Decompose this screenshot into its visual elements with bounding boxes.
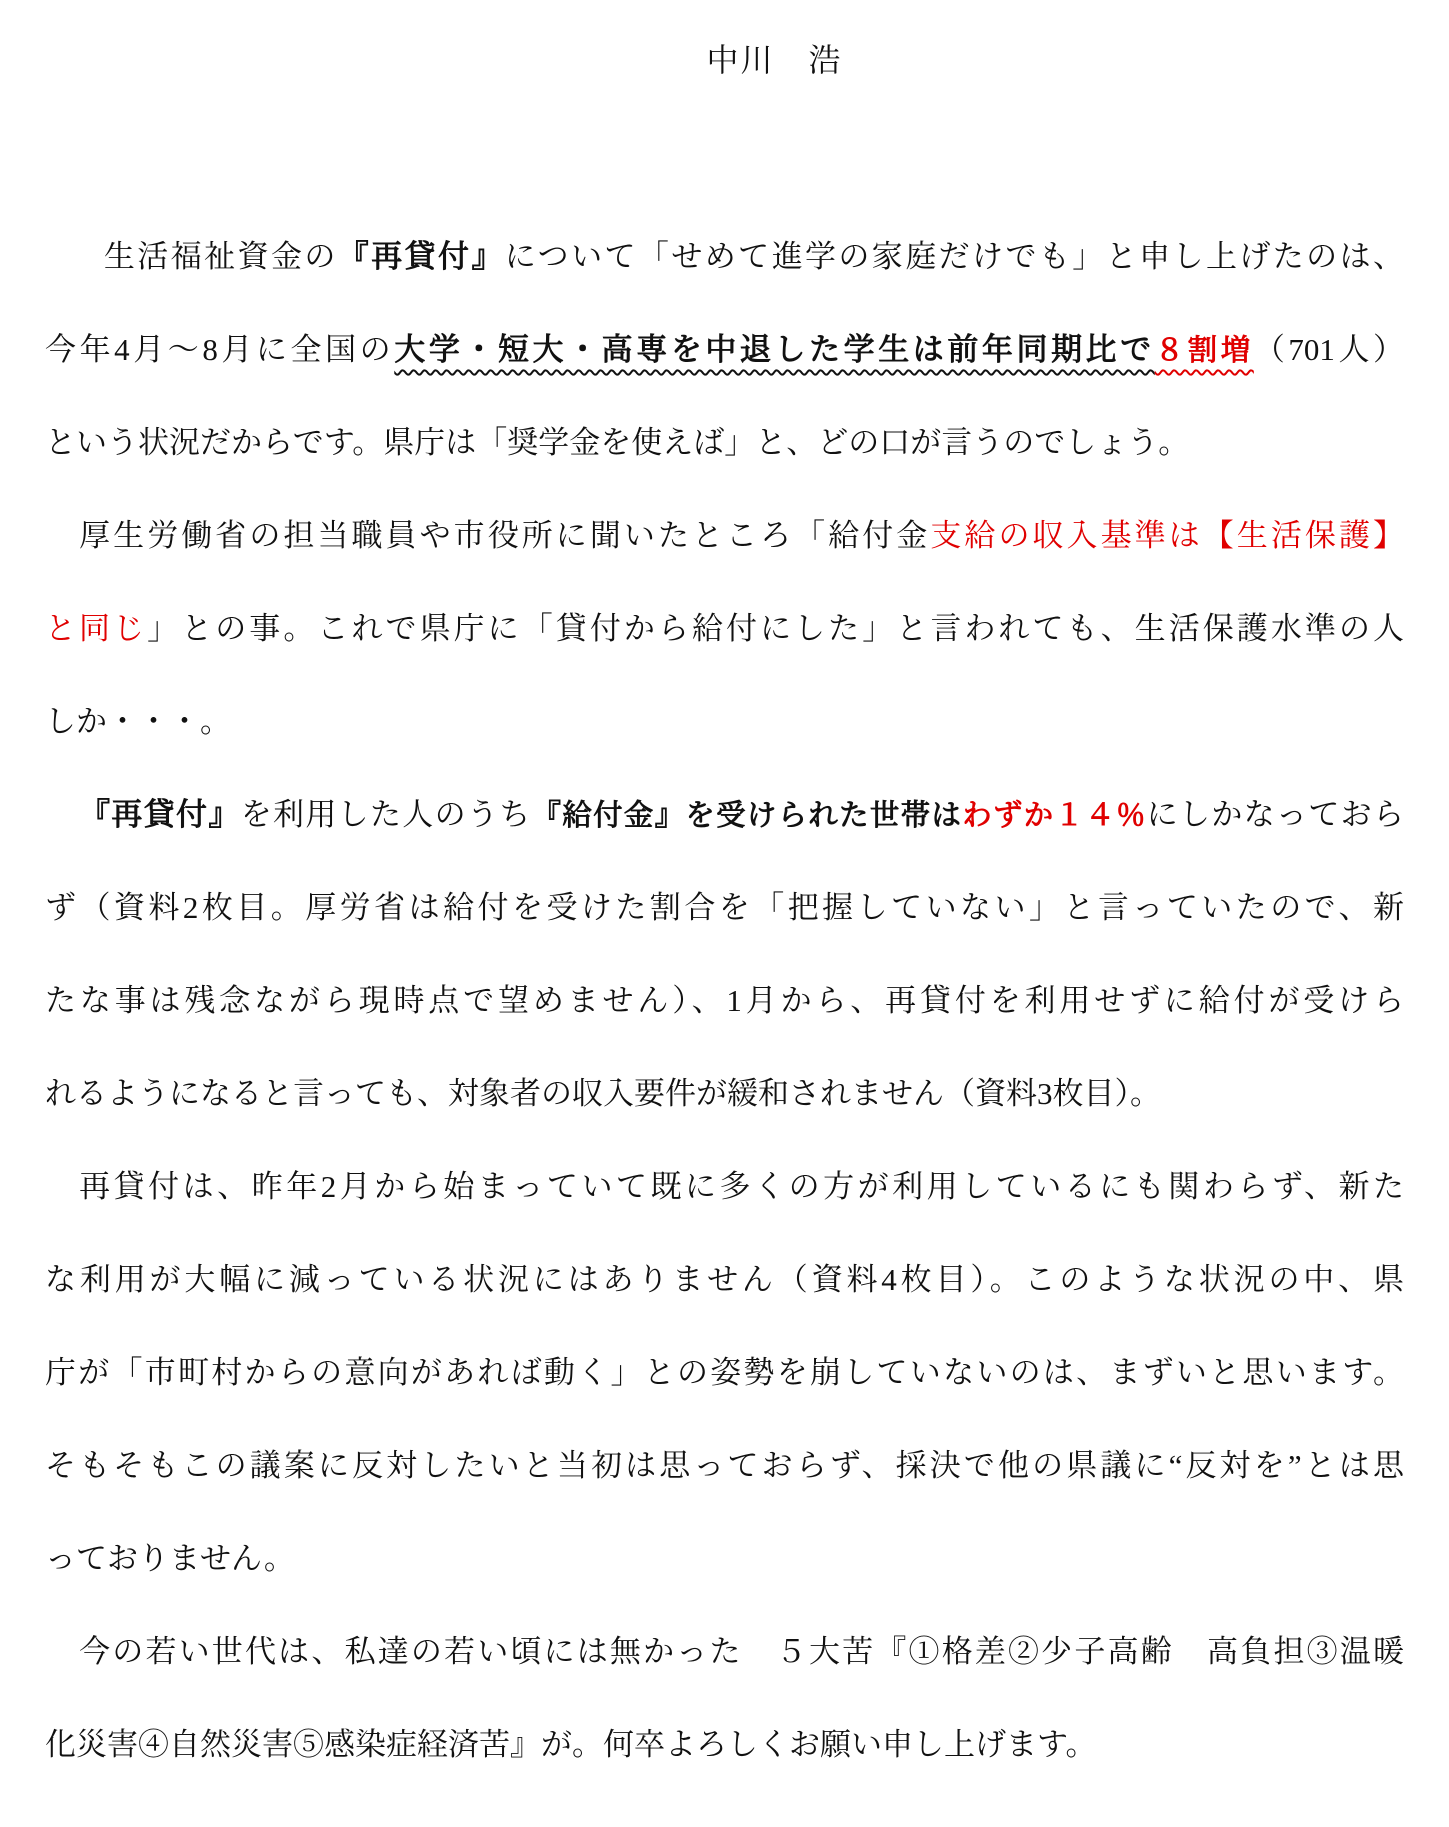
text-line: 『再貸付』を利用した人のうち『給付金』を受けられた世帯はわずか１４％にしかなって… bbox=[45, 768, 1404, 861]
text-run: れるようになると言っても、対象者の収入要件が緩和されません（資料3枚目）。 bbox=[45, 1076, 1161, 1111]
text-line: 今の若い世代は、私達の若い頃には無かった ５大苦『①格差②少子高齢 高負担③温暖 bbox=[45, 1605, 1404, 1698]
text-line: たな事は残念ながら現時点で望めません）、1月から、再貸付を利用せずに給付が受けら bbox=[45, 954, 1404, 1047]
text-run: っておりません。 bbox=[45, 1541, 295, 1576]
text-run: ず（資料2枚目。厚労省は給付を受けた割合を「把握していない」と言っていたので、新 bbox=[45, 890, 1404, 925]
text-run: （701人） bbox=[1254, 332, 1404, 367]
text-run: たな事は残念ながら現時点で望めません）、1月から、再貸付を利用せずに給付が受けら bbox=[45, 983, 1404, 1018]
text-run: な利用が大幅に減っている状況にはありません（資料4枚目）。このような状況の中、県 bbox=[45, 1262, 1404, 1297]
text-line: 化災害④自然災害⑤感染症経済苦』が。何卒よろしくお願い申し上げます。 bbox=[45, 1698, 1404, 1791]
text-run: 厚生労働省の担当職員や市役所に聞いたところ「給付金 bbox=[79, 518, 930, 553]
text-line: っておりません。 bbox=[45, 1512, 1404, 1605]
text-run: 今年4月～8月に全国の bbox=[45, 332, 394, 367]
text-line: と同じ」との事。これで県庁に「貸付から給付にした」と言われても、生活保護水準の人 bbox=[45, 582, 1404, 675]
red-gothic-bold-run: わずか１４％ bbox=[962, 799, 1147, 832]
text-line: 庁が「市町村からの意向があれば動く」との姿勢を崩していないのは、まずいと思います… bbox=[45, 1326, 1404, 1419]
gothic-bold-run: 『給付金』を受けられた世帯は bbox=[532, 799, 963, 832]
text-run: 生活福祉資金の bbox=[104, 239, 338, 274]
text-run: について「せめて進学の家庭だけでも」と申し上げたのは、 bbox=[505, 239, 1404, 274]
text-line: 再貸付は、昨年2月から始まっていて既に多くの方が利用しているにも関わらず、新た bbox=[45, 1140, 1404, 1233]
text-line: 厚生労働省の担当職員や市役所に聞いたところ「給付金支給の収入基準は【生活保護】 bbox=[45, 489, 1404, 582]
document-body: 生活福祉資金の『再貸付』について「せめて進学の家庭だけでも」と申し上げたのは、今… bbox=[45, 210, 1404, 1791]
text-line: れるようになると言っても、対象者の収入要件が緩和されません（資料3枚目）。 bbox=[45, 1047, 1404, 1140]
wavy-underline-bold-run: 大学・短大・高専を中退した学生は前年同期比で bbox=[394, 332, 1155, 367]
text-run: しか・・・。 bbox=[45, 704, 231, 739]
text-run: 化災害④自然災害⑤感染症経済苦』が。何卒よろしくお願い申し上げます。 bbox=[45, 1727, 1097, 1762]
text-run: という状況だからです。県庁は「奨学金を使えば」と、どの口が言うのでしょう。 bbox=[45, 425, 1189, 460]
text-run: そもそもこの議案に反対したいと当初は思っておらず、採決で他の県議に“反対を”とは… bbox=[45, 1448, 1404, 1483]
text-line: という状況だからです。県庁は「奨学金を使えば」と、どの口が言うのでしょう。 bbox=[45, 396, 1404, 489]
text-line: 今年4月～8月に全国の大学・短大・高専を中退した学生は前年同期比で８割増（701… bbox=[45, 303, 1404, 396]
bold-text-run: 『再貸付』 bbox=[338, 239, 505, 274]
text-line: ず（資料2枚目。厚労省は給付を受けた割合を「把握していない」と言っていたので、新 bbox=[45, 861, 1404, 954]
text-run: 」との事。これで県庁に「貸付から給付にした」と言われても、生活保護水準の人 bbox=[147, 611, 1404, 646]
text-line: そもそもこの議案に反対したいと当初は思っておらず、採決で他の県議に“反対を”とは… bbox=[45, 1419, 1404, 1512]
text-run: 再貸付は、昨年2月から始まっていて既に多くの方が利用しているにも関わらず、新た bbox=[79, 1169, 1404, 1204]
document-page: 中川 浩 生活福祉資金の『再貸付』について「せめて進学の家庭だけでも」と申し上げ… bbox=[0, 0, 1449, 1827]
author-name: 中川 浩 bbox=[45, 38, 1404, 82]
text-line: な利用が大幅に減っている状況にはありません（資料4枚目）。このような状況の中、県 bbox=[45, 1233, 1404, 1326]
red-wavy-underline-run: ８割増 bbox=[1155, 334, 1254, 367]
text-line: しか・・・。 bbox=[45, 675, 1404, 768]
text-run: を利用した人のうち bbox=[241, 797, 532, 832]
bold-text-run: 『再貸付』 bbox=[79, 797, 241, 832]
text-run: 今の若い世代は、私達の若い頃には無かった ５大苦『①格差②少子高齢 高負担③温暖 bbox=[79, 1634, 1404, 1669]
text-run: 庁が「市町村からの意向があれば動く」との姿勢を崩していないのは、まずいと思います… bbox=[45, 1355, 1404, 1390]
text-run: にしかなっておら bbox=[1147, 797, 1404, 832]
text-line: 生活福祉資金の『再貸付』について「せめて進学の家庭だけでも」と申し上げたのは、 bbox=[45, 210, 1404, 303]
red-text-run: 支給の収入基準は【生活保護】 bbox=[930, 518, 1404, 553]
red-text-run: と同じ bbox=[45, 611, 147, 646]
